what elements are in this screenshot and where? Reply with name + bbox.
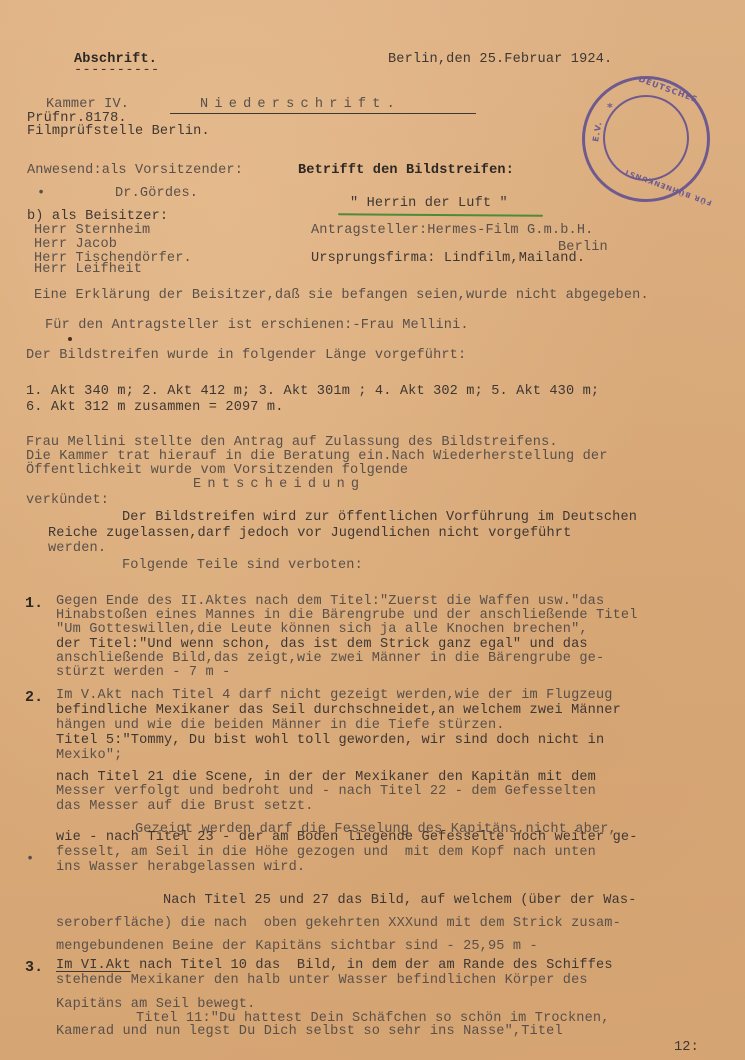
office-name: Filmprüfstelle Berlin.	[27, 124, 210, 139]
stamp-left-text: E.V.	[591, 121, 603, 143]
stamp-star-icon: *	[607, 101, 614, 114]
forbidden-intro: Folgende Teile sind verboten:	[122, 558, 363, 573]
acts-lengths-line-2: 6. Akt 312 m zusammen = 2097 m.	[26, 400, 284, 415]
bullet-mark: •	[37, 186, 45, 201]
cut-2-line-3: hängen und wie die beiden Männer in die …	[56, 718, 505, 733]
motion-line-1: Frau Mellini stellte den Antrag auf Zula…	[26, 435, 558, 450]
stamp-inner-ring	[603, 95, 689, 181]
assessor-2: Herr Jacob	[34, 237, 117, 252]
association-stamp: DEUTSCHES * E.V. FÜR BÜHNENKUNST	[582, 76, 710, 202]
cut-3-lead-rest: nach Titel 10 das Bild, in dem der am Ra…	[131, 958, 613, 973]
cut-2-after-line-1: fesselt, am Seil in die Höhe gezogen und…	[56, 845, 596, 860]
cut-3-number: 3.	[25, 960, 43, 975]
appearance-text: Für den Antragsteller ist erschienen:-Fr…	[45, 318, 469, 333]
cut-2-line-5: Mexiko";	[56, 748, 122, 763]
chamber-label: Kammer IV.	[46, 97, 129, 112]
cut-2-number: 2.	[25, 690, 43, 705]
cut-2-after-line-2: ins Wasser herabgelassen wird.	[56, 860, 305, 875]
subject-label: Betrifft den Bildstreifen:	[298, 163, 514, 178]
cut-2-line-7: Messer verfolgt und bedroht und - nach T…	[56, 784, 596, 799]
cut-1-number: 1.	[25, 596, 43, 611]
length-intro: Der Bildstreifen wurde in folgender Läng…	[26, 348, 466, 363]
ruling-line-2: Reiche zugelassen,darf jedoch vor Jugend…	[48, 526, 571, 541]
assessor-4: Herr Leifheit	[34, 262, 142, 277]
decision-heading: Entscheidung	[193, 477, 365, 492]
ruling-line-3: werden.	[48, 541, 106, 556]
document-page: Abschrift. ---------- Berlin,den 25.Febr…	[0, 0, 745, 1060]
cut-2-line-8: das Messer auf die Brust setzt.	[56, 799, 314, 814]
cut-1-line-2: Hinabstoßen eines Mannes in die Bärengru…	[56, 608, 638, 623]
cut-1-line-5: anschließende Bild,das zeigt,wie zwei Mä…	[56, 651, 604, 666]
cut-2-para2-line-3: mengebundenen Beine der Kapitäns sichtba…	[56, 939, 538, 954]
ruling-line-1: Der Bildstreifen wird zur öffentlichen V…	[122, 510, 637, 525]
motion-line-3: Öffentlichkeit wurde vom Vorsitzenden fo…	[26, 463, 408, 478]
cut-3-title-line-2: Kamerad und nun legst Du Dich selbst so …	[56, 1024, 563, 1039]
cut-3-lead: Im VI.Akt nach Titel 10 das Bild, in dem…	[56, 958, 613, 973]
cut-2-line-2: befindliche Mexikaner das Seil durchschn…	[56, 703, 621, 718]
cut-2-overstrike-b: wie - nach Titel 23 - der am Boden liege…	[56, 830, 638, 845]
cut-1-line-4: der Titel:"Und wenn schon, das ist dem S…	[56, 637, 588, 652]
film-title: " Herrin der Luft "	[350, 196, 508, 211]
page-continuation: 12:	[674, 1040, 699, 1055]
declaration-text: Eine Erklärung der Beisitzer,daß sie bef…	[34, 288, 649, 303]
cut-2-line-4: Titel 5:"Tommy, Du bist wohl toll geword…	[56, 733, 604, 748]
origin-company: Ursprungsfirma: Lindfilm,Mailand.	[311, 251, 585, 266]
cut-2-para2-line-1: Nach Titel 25 und 27 das Bild, auf welch…	[163, 893, 637, 908]
cut-3-line-2: Kapitäns am Seil bewegt.	[56, 997, 255, 1012]
document-title: Niederschrift.	[200, 97, 401, 112]
cut-3-lead-underlined: Im VI.Akt	[56, 958, 131, 973]
cut-1-line-6: stürzt werden - 7 m -	[56, 665, 230, 680]
margin-dot: •	[26, 852, 34, 867]
chair-name: Dr.Gördes.	[115, 186, 198, 201]
applicant: Antragsteller:Hermes-Film G.m.b.H.	[311, 223, 593, 238]
cut-3-line-1: stehende Mexikaner den halb unter Wasser…	[56, 973, 588, 988]
announced-label: verkündet:	[26, 493, 109, 508]
assessor-1: Herr Sternheim	[34, 223, 150, 238]
chair-label: Anwesend:als Vorsitzender:	[27, 163, 243, 178]
title-underline	[170, 113, 476, 114]
acts-lengths-line-1: 1. Akt 340 m; 2. Akt 412 m; 3. Akt 301m …	[26, 384, 599, 399]
assessors-label: b) als Beisitzer:	[27, 209, 168, 224]
motion-line-2: Die Kammer trat hierauf in die Beratung …	[26, 449, 608, 464]
ink-blot	[68, 337, 72, 341]
cut-1-line-1: Gegen Ende des II.Aktes nach dem Titel:"…	[56, 594, 604, 609]
cut-2-line-1: Im V.Akt nach Titel 4 darf nicht gezeigt…	[56, 688, 613, 703]
cut-2-para2-line-2: seroberfläche) die nach oben gekehrten X…	[56, 916, 621, 931]
copy-label-underline: ----------	[74, 63, 160, 78]
date-line: Berlin,den 25.Februar 1924.	[388, 52, 612, 67]
cut-2-line-6: nach Titel 21 die Scene, in der der Mexi…	[56, 770, 596, 785]
cut-1-line-3: "Um Gotteswillen,die Leute können sich j…	[56, 622, 588, 637]
film-title-green-underline	[338, 213, 543, 216]
